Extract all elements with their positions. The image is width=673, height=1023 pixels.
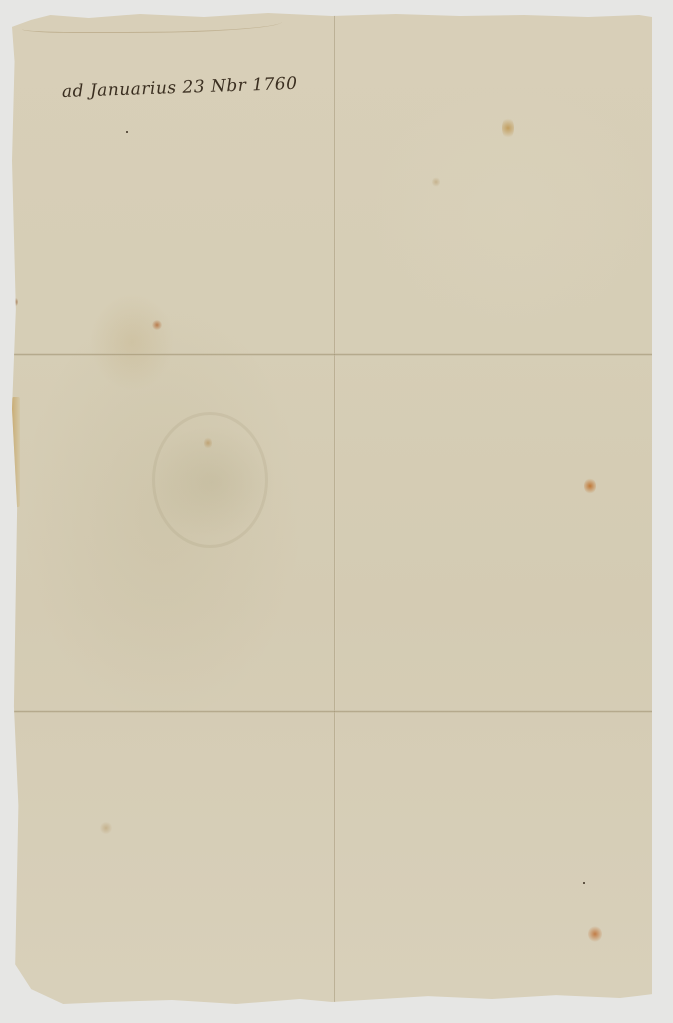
- torn-top-edge: [22, 14, 282, 33]
- horizontal-fold-line-upper: [12, 353, 652, 356]
- foxing-stain: [152, 320, 162, 330]
- foxing-stain: [12, 297, 18, 307]
- foxing-stain: [204, 437, 212, 449]
- edge-stain: [12, 397, 20, 507]
- ink-dot: [583, 882, 585, 884]
- document-sheet: ad Januarius 23 Nbr 1760: [12, 12, 652, 1004]
- handwritten-docket: ad Januarius 23 Nbr 1760: [62, 74, 298, 102]
- faded-seal-ring: [152, 412, 268, 548]
- foxing-stain: [584, 478, 596, 494]
- foxing-stain: [502, 117, 514, 139]
- ink-dot: [126, 131, 128, 133]
- foxing-stain: [432, 177, 440, 187]
- foxing-stain: [588, 926, 602, 942]
- horizontal-fold-line-lower: [12, 710, 652, 713]
- foxing-stain: [100, 822, 112, 834]
- vertical-fold-line: [334, 12, 336, 1004]
